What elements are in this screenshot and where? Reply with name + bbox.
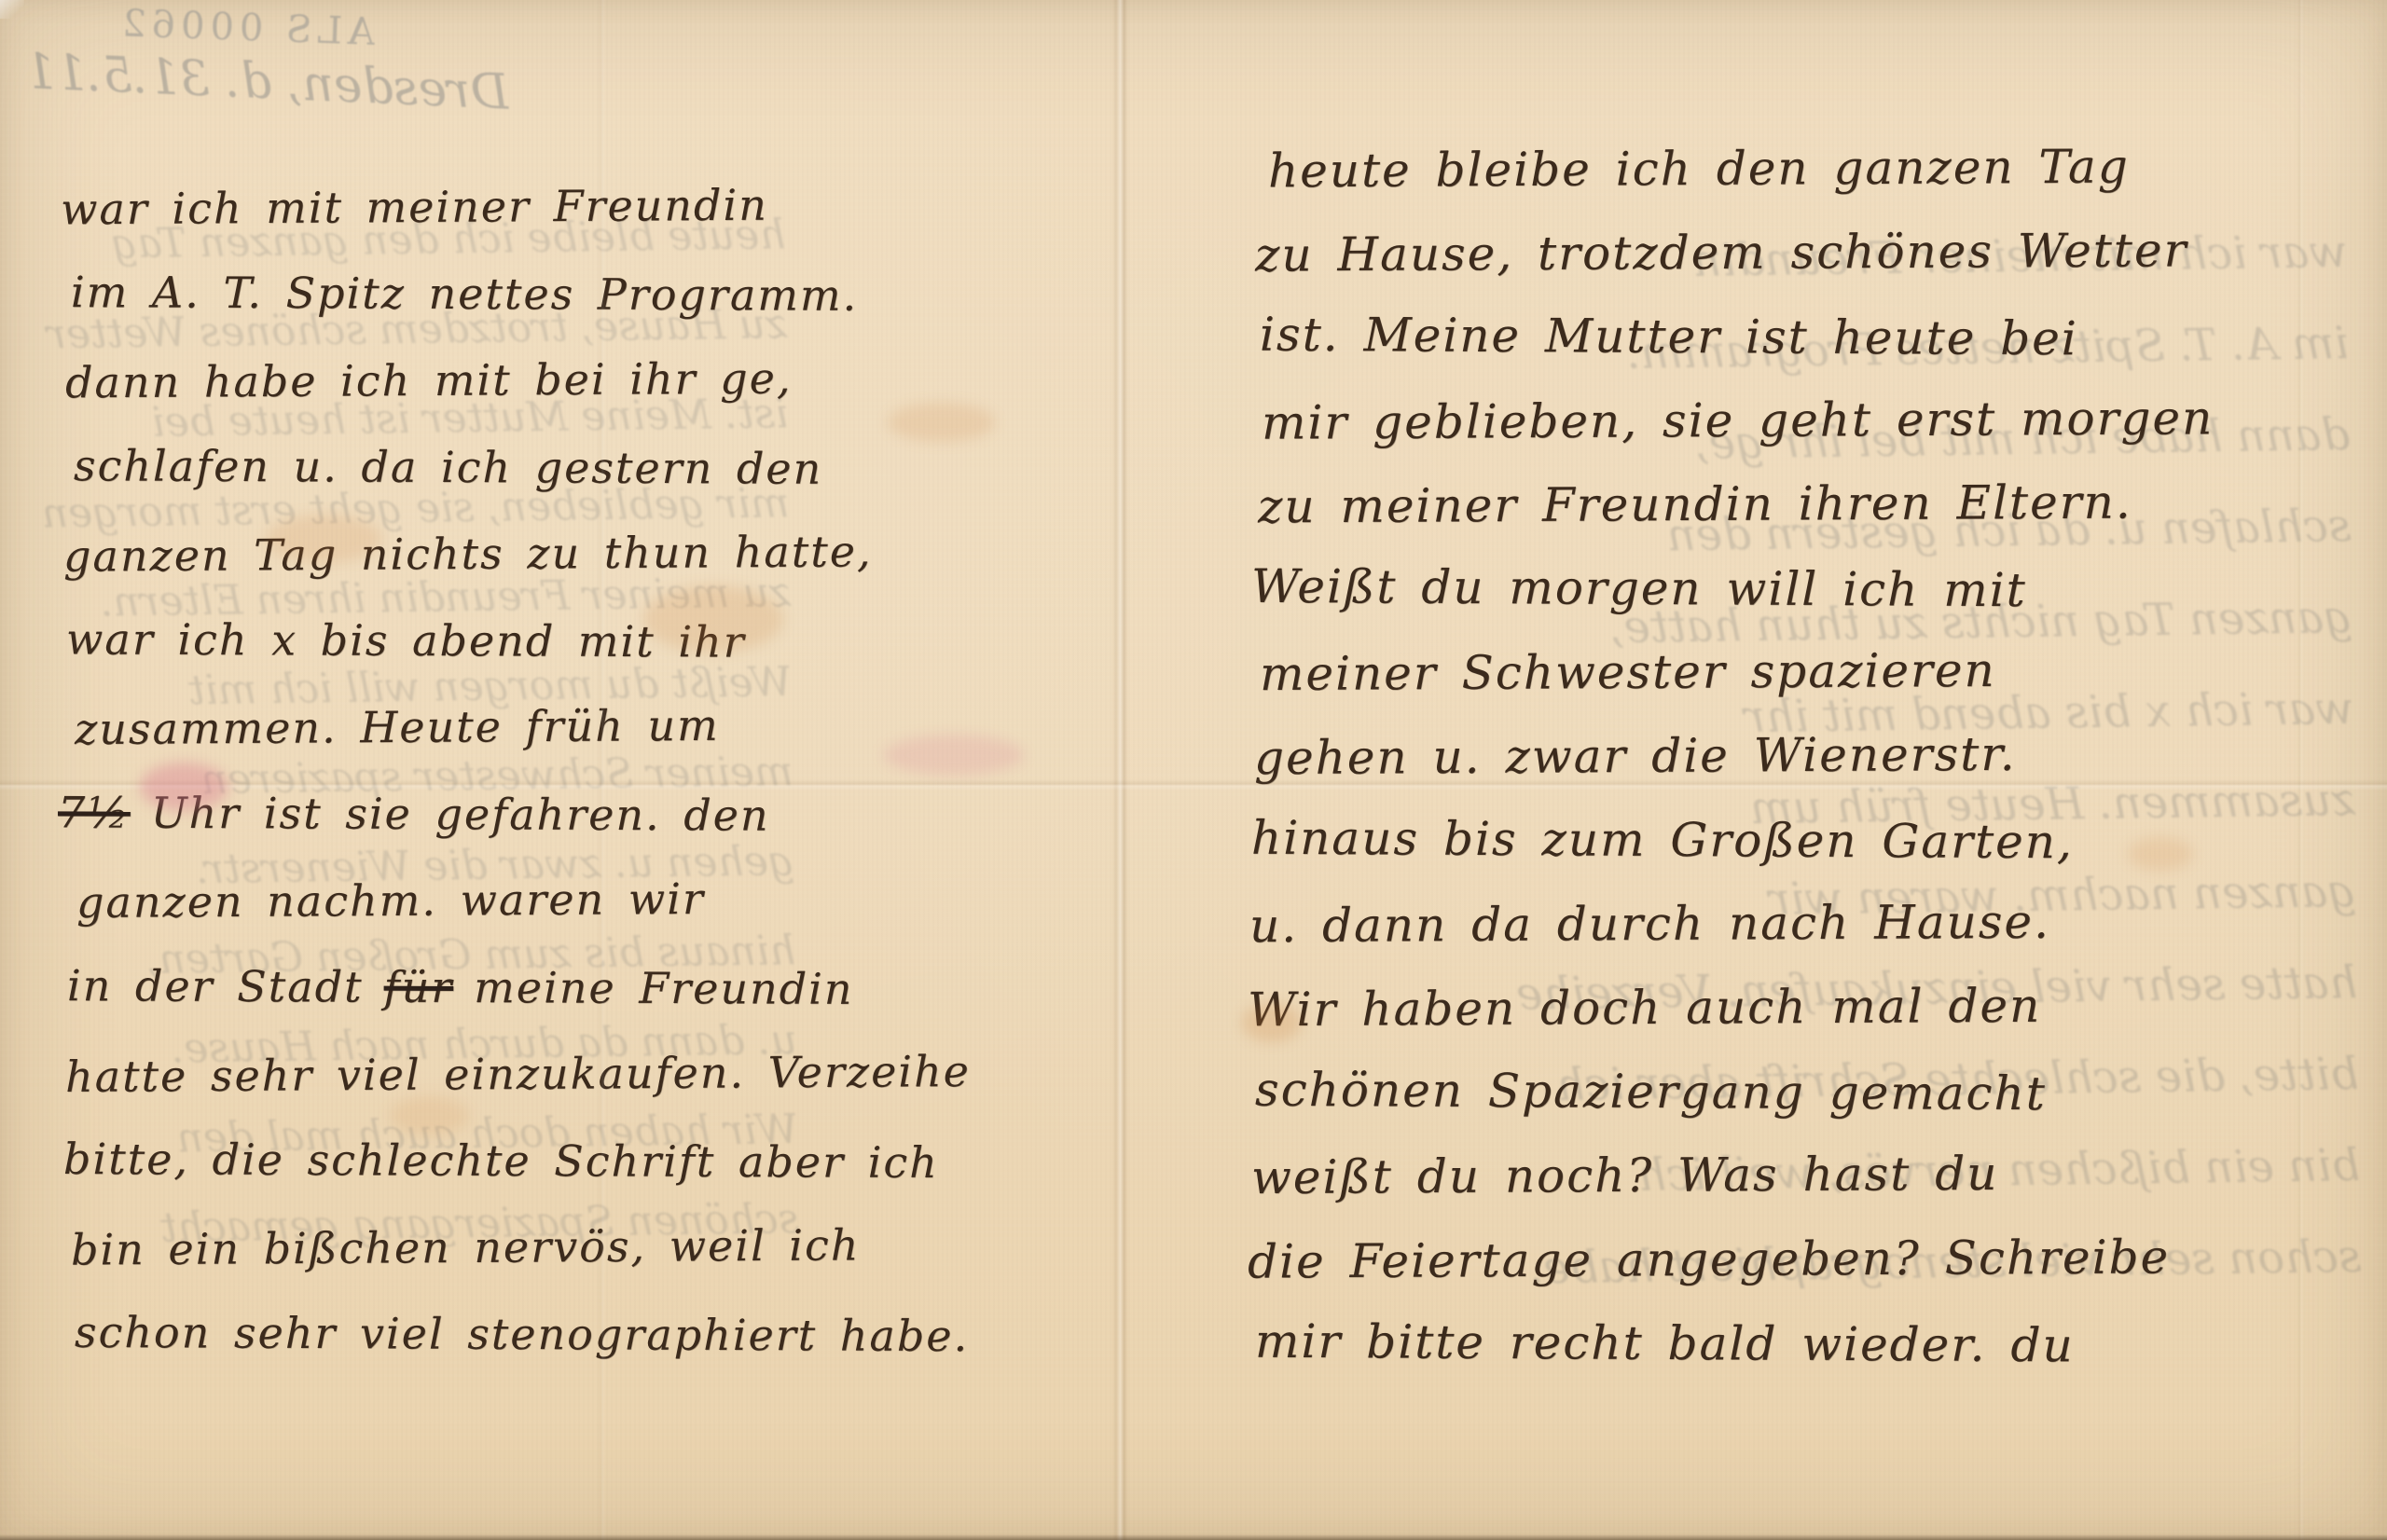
- crossed-out-text: 7½: [58, 787, 131, 837]
- crossed-out-text: für: [383, 962, 453, 1012]
- handwriting-line: schönen Spaziergang gemacht: [1255, 1063, 2047, 1121]
- handwriting-line: ganzen Tag nichts zu thun hatte,: [63, 526, 873, 581]
- handwriting-line: Wir haben doch auch mal den: [1248, 979, 2042, 1037]
- handwriting-line: heute bleibe ich den ganzen Tag: [1268, 140, 2130, 199]
- foxing-spot: [888, 403, 995, 442]
- handwriting-line: dann habe ich mit bei ihr ge,: [65, 353, 793, 408]
- handwriting-line: hinaus bis zum Großen Garten,: [1251, 811, 2074, 870]
- handwriting-line: war ich x bis abend mit ihr: [66, 613, 746, 667]
- handwriting-text: meine Freundin: [474, 962, 853, 1014]
- handwriting-line-with-correction: 7½Uhr ist sie gefahren. den: [58, 787, 770, 840]
- show-through-archival-mark: ALS 00062: [57, 0, 375, 54]
- handwriting-line: zu Hause, trotzdem schönes Wetter: [1255, 223, 2188, 282]
- handwriting-line: schon sehr viel stenographiert habe.: [75, 1307, 969, 1361]
- handwriting-line: bin ein bißchen nervös, weil ich: [71, 1219, 861, 1274]
- handwriting-line: weißt du noch? Was hast du: [1251, 1147, 1999, 1204]
- handwriting-text: Uhr ist sie gefahren. den: [151, 788, 770, 841]
- fold-crease-right: [2296, 0, 2305, 1540]
- foxing-spot: [2128, 837, 2193, 871]
- handwriting-text: in der Stadt: [67, 960, 364, 1011]
- pink-stain: [884, 735, 1024, 776]
- handwriting-line: Weißt du morgen will ich mit: [1251, 559, 2027, 617]
- handwriting-line: ganzen nachm. waren wir: [76, 873, 705, 928]
- handwriting-line: mir bitte recht bald wieder. du: [1255, 1314, 2075, 1373]
- handwriting-line: hatte sehr viel einzukaufen. Verzeihe: [65, 1046, 971, 1102]
- handwriting-line: die Feiertage angegeben? Schreibe: [1248, 1230, 2170, 1288]
- handwriting-line: meiner Schwester spazieren: [1260, 643, 1996, 701]
- handwriting-line: zusammen. Heute früh um: [75, 700, 720, 754]
- scan-bottom-edge: [0, 1534, 2387, 1540]
- handwriting-line: war ich mit meiner Freundin: [61, 180, 768, 235]
- handwriting-line: ist. Meine Mutter ist heute bei: [1260, 308, 2078, 366]
- handwriting-line: bitte, die schlechte Schrift aber ich: [63, 1134, 939, 1188]
- handwriting-line: zu meiner Freundin ihren Eltern.: [1258, 475, 2132, 534]
- fold-crease-center: [1111, 0, 1128, 1540]
- handwriting-line-with-correction: in der Stadtfürmeine Freundin: [67, 960, 854, 1014]
- handwriting-line: gehen u. zwar die Wienerstr.: [1254, 727, 2017, 785]
- foxing-spot: [390, 1096, 469, 1135]
- show-through-dateline: Dresden, d. 31.5.11: [5, 43, 510, 120]
- handwriting-line: u. dann da durch nach Hause.: [1249, 895, 2050, 953]
- handwriting-line: im A. T. Spitz nettes Programm.: [71, 267, 858, 321]
- handwriting-line: schlafen u. da ich gestern den: [74, 440, 822, 494]
- handwriting-line: mir geblieben, sie geht erst morgen: [1262, 391, 2215, 449]
- letter-scan: ALS 00062 Dresden, d. 31.5.11 heute blei…: [0, 0, 2387, 1540]
- scan-corner-highlight: [0, 0, 24, 19]
